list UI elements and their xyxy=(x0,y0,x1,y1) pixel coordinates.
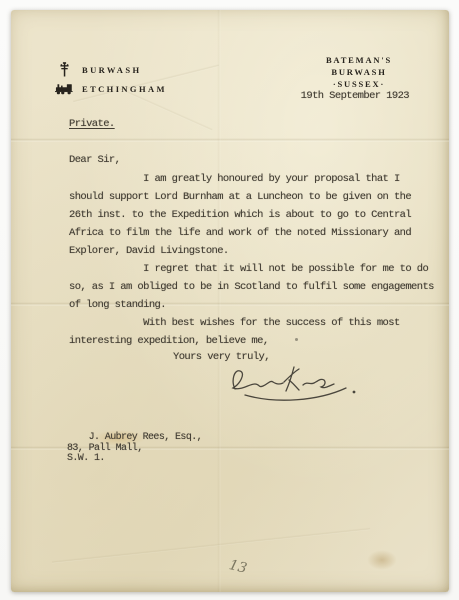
text-line: should support Lord Burnham at a Luncheo… xyxy=(69,188,434,206)
paper-fold-crease xyxy=(11,138,449,142)
pencil-annotation: 13 xyxy=(227,557,248,577)
text-line: so, as I am obliged to be in Scotland to… xyxy=(69,278,434,296)
text-line: Africa to film the life and work of the … xyxy=(69,224,434,242)
letter-body: I am greatly honoured by your proposal t… xyxy=(69,170,434,350)
letterhead-left: BURWASH ETCHINGHAM xyxy=(55,60,167,98)
paper-wrinkle xyxy=(52,527,371,563)
letterhead-telegraph-row: BURWASH xyxy=(55,60,167,79)
text-line: J. Aubrey Rees, Esq., xyxy=(67,433,202,444)
locomotive-icon xyxy=(55,83,73,95)
recipient-address: J. Aubrey Rees, Esq.,83, Pall Mall,S.W. … xyxy=(67,433,202,465)
letterhead-railway-station: ETCHINGHAM xyxy=(82,84,167,94)
text-line: With best wishes for the success of this… xyxy=(69,314,434,332)
telegraph-pole-icon xyxy=(55,62,73,77)
text-line: S.W. 1. xyxy=(67,454,202,465)
text-line: BATEMAN'S xyxy=(299,54,419,66)
text-line: I am greatly honoured by your proposal t… xyxy=(69,170,434,188)
salutation: Dear Sir, xyxy=(69,154,120,166)
date-line: 19th September 1923 xyxy=(301,90,409,102)
text-line: Explorer, David Livingstone. xyxy=(69,242,434,260)
signature-rudyard-kipling xyxy=(224,360,362,406)
letterhead-station-row: ETCHINGHAM xyxy=(55,79,167,98)
text-line: I regret that it will not be possible fo… xyxy=(69,260,434,278)
paper-stain xyxy=(367,550,397,570)
text-line: of long standing. xyxy=(69,296,434,314)
letter-paper: BURWASH ETCHINGHAM xyxy=(11,10,449,592)
letterhead-telegraph-office: BURWASH xyxy=(82,65,141,75)
text-line: interesting expedition, believe me, xyxy=(69,332,434,350)
text-line: ·SUSSEX· xyxy=(299,78,419,90)
text-line: BURWASH xyxy=(299,66,419,78)
letterhead-address: BATEMAN'SBURWASH·SUSSEX· xyxy=(299,54,419,90)
privacy-marking: Private. xyxy=(69,118,115,130)
text-line: 26th inst. to the Expedition which is ab… xyxy=(69,206,434,224)
